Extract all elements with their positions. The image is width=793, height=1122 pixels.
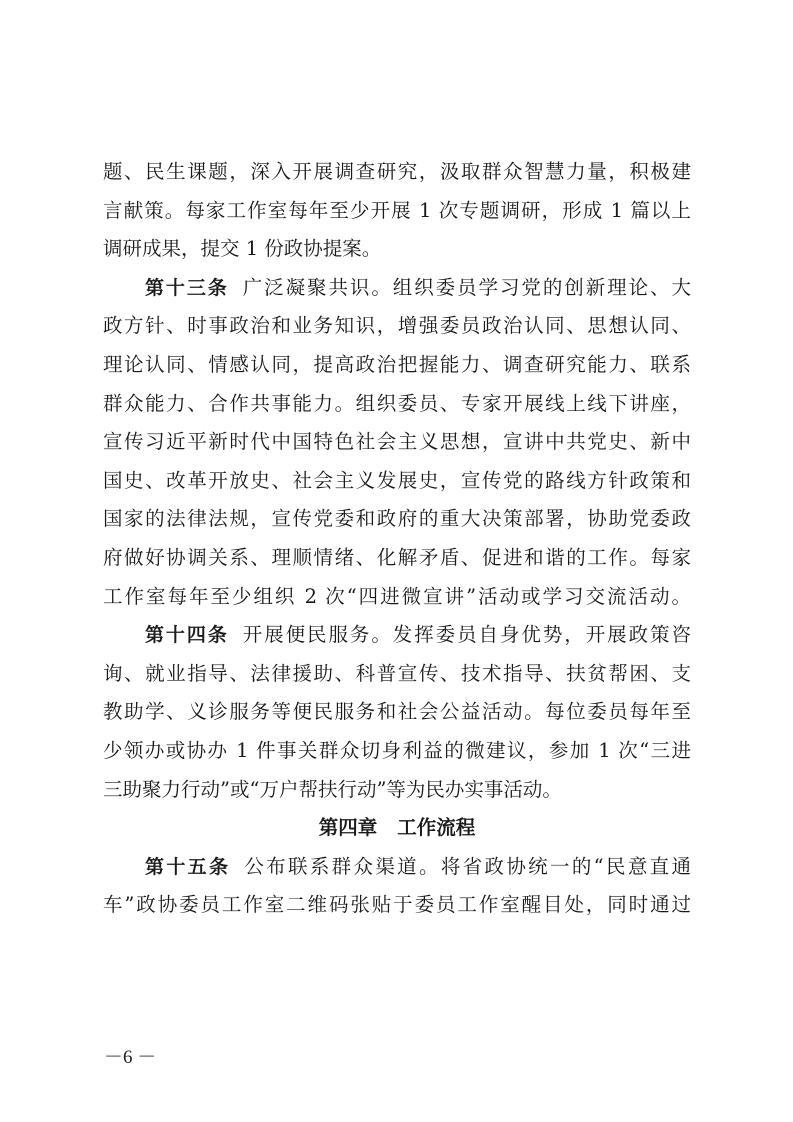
paragraph-line: 教助学、义诊服务等便民服务和社会公益活动。每位委员每年至 <box>103 693 691 732</box>
paragraph-line: 群众能力、合作共事能力。组织委员、专家开展线上线下讲座， <box>103 385 691 424</box>
paragraph-line: 府做好协调关系、理顺情绪、化解矛盾、促进和谐的工作。每家 <box>103 539 691 578</box>
paragraph-line: 理论认同、情感认同，提高政治把握能力、调查研究能力、联系 <box>103 346 691 385</box>
paragraph-line: 国家的法律法规，宣传党委和政府的重大决策部署，协助党委政 <box>103 500 691 539</box>
paragraph-line: 政方针、时事政治和业务知识，增强委员政治认同、思想认同、 <box>103 307 691 346</box>
paragraph-line: 调研成果，提交 1 份政协提案。 <box>103 230 691 269</box>
paragraph-line: 国史、改革开放史、社会主义发展史，宣传党的路线方针政策和 <box>103 462 691 501</box>
chapter-number: 第四章 <box>319 816 378 839</box>
paragraph-line: 题、民生课题，深入开展调查研究，汲取群众智慧力量，积极建 <box>103 153 691 192</box>
paragraph-line: 言献策。每家工作室每年至少开展 1 次专题调研，形成 1 篇以上 <box>103 192 691 231</box>
paragraph-line: 少领办或协办 1 件事关群众切身利益的微建议，参加 1 次“三进 <box>103 732 691 771</box>
paragraph-line: 车”政协委员工作室二维码张贴于委员工作室醒目处，同时通过 <box>103 886 691 925</box>
chapter-title: 工作流程 <box>397 816 475 839</box>
article-13-text: 广泛凝聚共识。组织委员学习党的创新理论、大 <box>243 276 691 299</box>
article-13-title: 第十三条 <box>145 277 229 299</box>
paragraph-line: 询、就业指导、法律援助、科普宣传、技术指导、扶贫帮困、支 <box>103 655 691 694</box>
paragraph-line: 工作室每年至少组织 2 次“四进微宣讲”活动或学习交流活动。 <box>103 578 691 617</box>
page-number: －6 － <box>104 1042 156 1069</box>
article-15-text: 公布联系群众渠道。将省政协统一的“民意直通 <box>244 855 691 878</box>
article-13-first-line: 第十三条广泛凝聚共识。组织委员学习党的创新理论、大 <box>103 269 691 308</box>
paragraph-line: 宣传习近平新时代中国特色社会主义思想，宣讲中共党史、新中 <box>103 423 691 462</box>
article-15-first-line: 第十五条公布联系群众渠道。将省政协统一的“民意直通 <box>103 848 691 887</box>
paragraph-line: 三助聚力行动”或“万户帮扶行动”等为民办实事活动。 <box>103 771 691 810</box>
article-15-title: 第十五条 <box>145 856 230 878</box>
document-page: 题、民生课题，深入开展调查研究，汲取群众智慧力量，积极建 言献策。每家工作室每年… <box>0 0 793 1122</box>
article-14-title: 第十四条 <box>145 624 229 646</box>
chapter-heading: 第四章工作流程 <box>103 809 691 848</box>
article-14-first-line: 第十四条开展便民服务。发挥委员自身优势，开展政策咨 <box>103 616 691 655</box>
article-14-text: 开展便民服务。发挥委员自身优势，开展政策咨 <box>243 623 691 646</box>
document-body: 题、民生课题，深入开展调查研究，汲取群众智慧力量，积极建 言献策。每家工作室每年… <box>103 153 691 925</box>
